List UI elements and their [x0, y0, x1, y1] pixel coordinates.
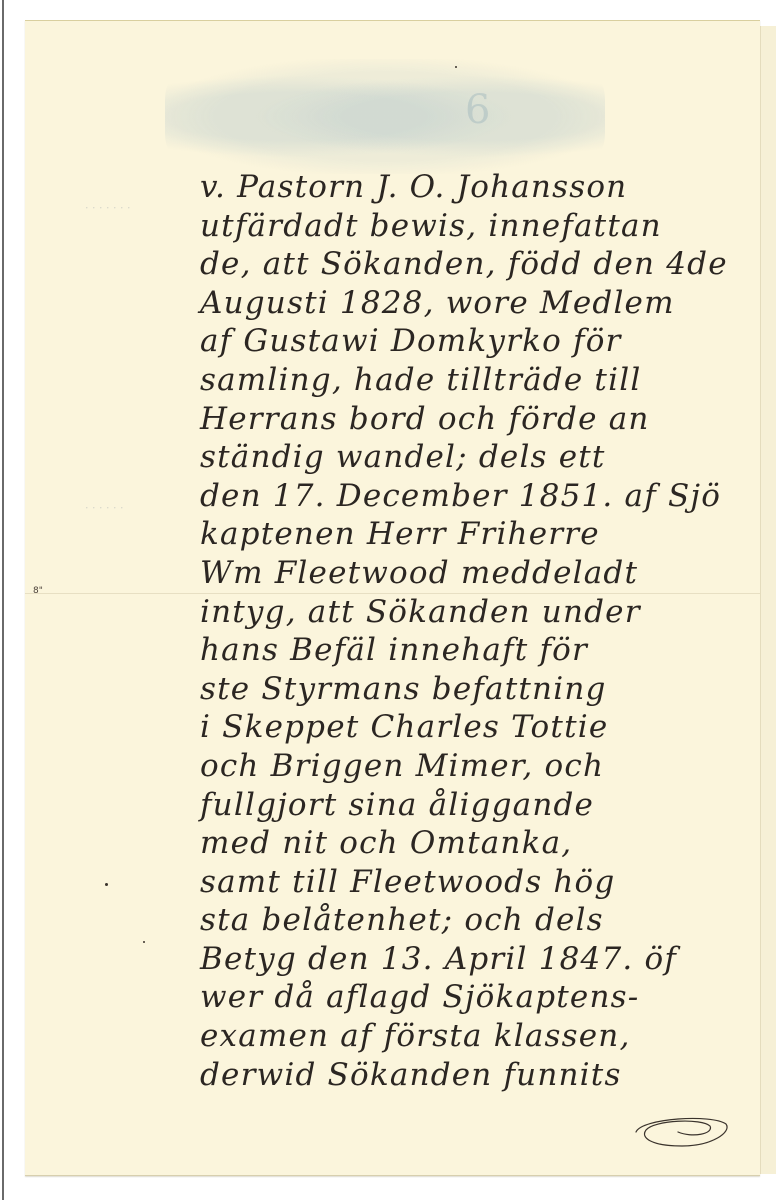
- text-line: Betyg den 13. April 1847. öf: [200, 940, 760, 979]
- text-line: och Briggen Mimer, och: [200, 747, 760, 786]
- text-line: samt till Fleetwoods hög: [200, 863, 760, 902]
- bleed-through-text: · · · · · · ·: [85, 201, 130, 214]
- text-line: fullgjort sina åliggande: [200, 786, 760, 825]
- text-line: examen af första klassen,: [200, 1017, 760, 1056]
- scan-frame: 6 8" · · · · · · · · · · · · · v. Pastor…: [0, 0, 776, 1200]
- text-line: Herrans bord och förde an: [200, 400, 760, 439]
- text-line: derwid Sökanden funnits: [200, 1056, 760, 1095]
- text-line: den 17. December 1851. af Sjö: [200, 477, 760, 516]
- text-line: utfärdadt bewis, innefattan: [200, 207, 760, 246]
- text-line: i Skeppet Charles Tottie: [200, 708, 760, 747]
- scanner-edge-rule: [2, 0, 4, 1200]
- stamp-watermark: 6: [165, 59, 605, 174]
- text-line: wer då aflagd Sjökaptens-: [200, 978, 760, 1017]
- text-line: de, att Sökanden, född den 4de: [200, 245, 760, 284]
- text-line: Wm Fleetwood meddeladt: [200, 554, 760, 593]
- text-line: ste Styrmans befattning: [200, 670, 760, 709]
- paraph-flourish-icon: [632, 1112, 732, 1152]
- text-line: v. Pastorn J. O. Johansson: [200, 168, 760, 207]
- margin-mark: 8": [33, 586, 43, 596]
- text-line: intyg, att Sökanden under: [200, 593, 760, 632]
- text-line: af Gustawi Domkyrko för: [200, 322, 760, 361]
- text-line: hans Befäl innehaft för: [200, 631, 760, 670]
- ink-speck: [143, 941, 145, 943]
- text-line: kaptenen Herr Friherre: [200, 515, 760, 554]
- text-line: med nit och Omtanka,: [200, 824, 760, 863]
- watermark-numeral: 6: [465, 87, 490, 133]
- text-line: ständig wandel; dels ett: [200, 438, 760, 477]
- text-line: sta belåtenhet; och dels: [200, 901, 760, 940]
- handwritten-text-block: v. Pastorn J. O. Johansson utfärdadt bew…: [200, 168, 760, 1094]
- text-line: Augusti 1828, wore Medlem: [200, 284, 760, 323]
- bleed-through-text: · · · · · ·: [85, 501, 123, 514]
- ink-speck: [105, 883, 108, 886]
- text-line: samling, hade tillträde till: [200, 361, 760, 400]
- page-edge-strip: [760, 26, 776, 1174]
- ink-speck: [455, 66, 457, 68]
